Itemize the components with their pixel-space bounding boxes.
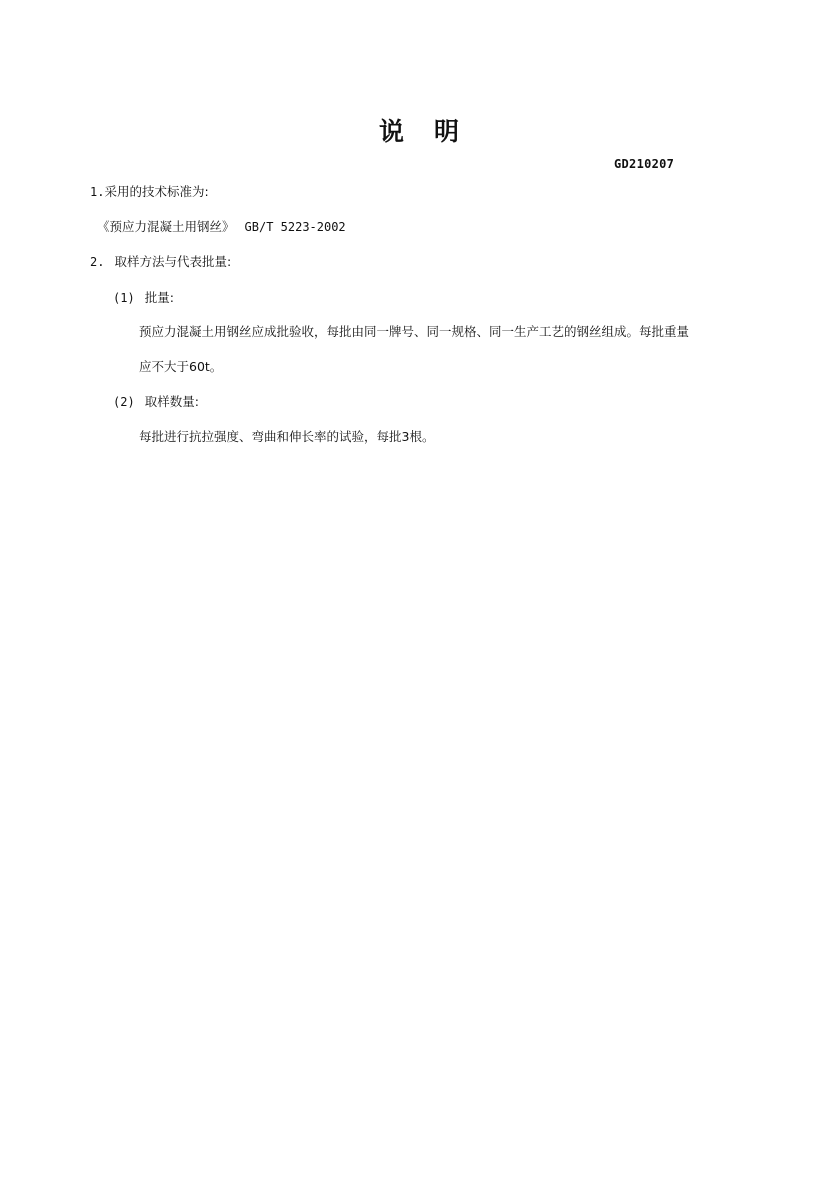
subsection-1-paragraph-line-1: 预应力混凝土用钢丝应成批验收，每批由同一牌号、同一规格、同一生产工艺的钢丝组成。… xyxy=(139,324,689,340)
subsection-2-heading: (2)取样数量: xyxy=(113,394,199,410)
standard-name: 《预应力混凝土用钢丝》 xyxy=(97,219,235,234)
subsection-2-paragraph: 每批进行抗拉强度、弯曲和伸长率的试验，每批3根。 xyxy=(139,429,434,445)
section-heading-text: 采用的技术标准为: xyxy=(104,184,208,199)
section-heading-text: 取样方法与代表批量: xyxy=(114,254,231,269)
subsection-1-paragraph-line-2: 应不大于60t。 xyxy=(139,359,222,375)
subsection-number: (2) xyxy=(113,395,135,409)
subsection-heading-text: 批量: xyxy=(145,290,174,305)
section-number: 2. xyxy=(90,255,104,269)
document-code: GD210207 xyxy=(614,157,674,171)
section-1-heading: 1.采用的技术标准为: xyxy=(90,184,209,200)
section-number: 1. xyxy=(90,185,104,199)
section-2-heading: 2.取样方法与代表批量: xyxy=(90,254,231,270)
subsection-number: (1) xyxy=(113,291,135,305)
subsection-heading-text: 取样数量: xyxy=(145,394,199,409)
standard-code: GB/T 5223-2002 xyxy=(245,220,346,234)
standard-reference: 《预应力混凝土用钢丝》GB/T 5223-2002 xyxy=(97,219,346,235)
document-page: 说明 GD210207 1.采用的技术标准为: 《预应力混凝土用钢丝》GB/T … xyxy=(0,0,838,1186)
page-title: 说明 xyxy=(0,112,838,148)
subsection-1-heading: (1)批量: xyxy=(113,290,174,306)
